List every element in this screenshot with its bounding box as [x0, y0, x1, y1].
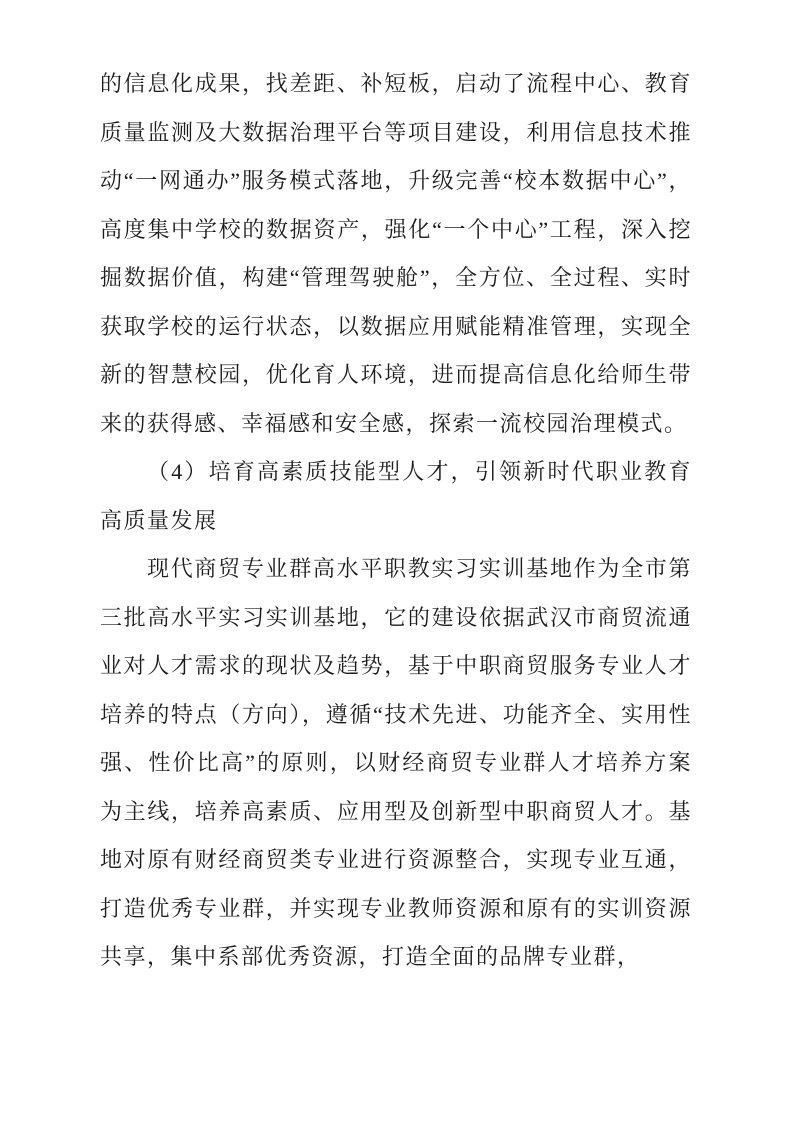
document-body: 的信息化成果，找差距、补短板，启动了流程中心、教育质量监测及大数据治理平台等项目…	[100, 60, 692, 982]
paragraph-training-base: 现代商贸专业群高水平职教实习实训基地作为全市第三批高水平实习实训基地，它的建设依…	[100, 545, 692, 982]
paragraph-section-4-heading: （4）培育高素质技能型人才，引领新时代职业教育高质量发展	[100, 448, 692, 545]
paragraph-smart-campus-continuation: 的信息化成果，找差距、补短板，启动了流程中心、教育质量监测及大数据治理平台等项目…	[100, 60, 692, 448]
document-page: 的信息化成果，找差距、补短板，启动了流程中心、教育质量监测及大数据治理平台等项目…	[0, 0, 800, 1132]
